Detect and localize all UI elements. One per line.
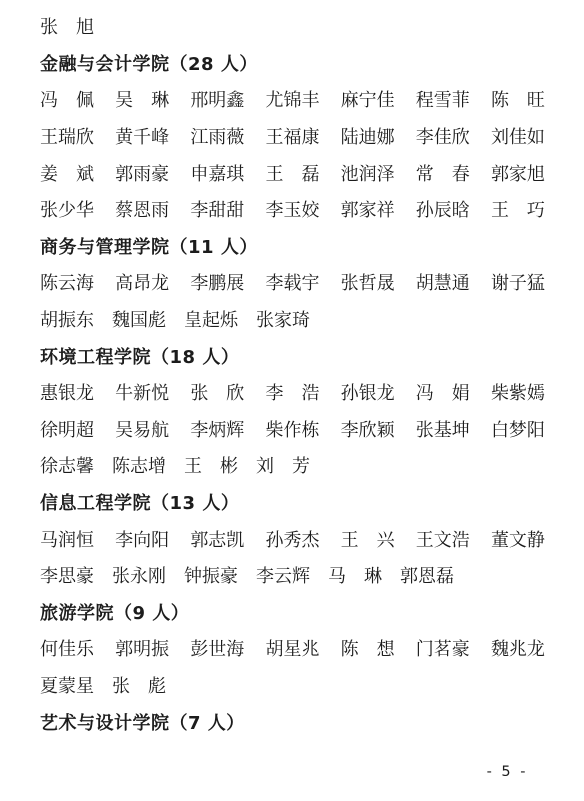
person-name: 张少华 <box>40 202 94 220</box>
person-name: 王 磊 <box>265 166 319 184</box>
person-name: 马 琳 <box>328 568 382 586</box>
name-row: 陈云海高昂龙李鹏展李载宇张哲晟胡慧通谢子猛 <box>40 266 545 303</box>
person-name: 李 浩 <box>265 385 319 403</box>
section-heading: 信息工程学院（13 人） <box>40 486 545 523</box>
person-name: 程雪菲 <box>416 92 470 110</box>
person-name: 陆迪娜 <box>341 129 395 147</box>
person-name: 李思豪 <box>40 568 94 586</box>
person-name: 王福康 <box>265 129 319 147</box>
person-name: 李甜甜 <box>190 202 244 220</box>
person-name: 李欣颖 <box>341 422 395 440</box>
person-name: 郭家祥 <box>341 202 395 220</box>
person-name: 姜 斌 <box>40 166 94 184</box>
document-content: 张 旭 金融与会计学院（28 人）冯 佩吴 琳邢明鑫尤锦丰麻宁佳程雪菲陈 旺王瑞… <box>40 10 545 742</box>
person-name: 郭雨豪 <box>115 166 169 184</box>
name-row: 胡振东魏国彪皇起烁张家琦 <box>40 303 545 340</box>
person-name: 陈 想 <box>341 641 395 659</box>
person-name: 门茗豪 <box>416 641 470 659</box>
person-name: 魏国彪 <box>112 312 166 330</box>
name-row: 惠银龙牛新悦张 欣李 浩孙银龙冯 娟柴紫嫣 <box>40 376 545 413</box>
person-name: 何佳乐 <box>40 641 94 659</box>
page-number: - 5 - <box>487 764 528 780</box>
person-name: 李鹏展 <box>190 275 244 293</box>
person-name: 马润恒 <box>40 532 94 550</box>
person-name: 申嘉琪 <box>190 166 244 184</box>
person-name: 王 兴 <box>341 532 395 550</box>
person-name: 郭恩磊 <box>400 568 454 586</box>
person-name: 皇起烁 <box>184 312 238 330</box>
person-name: 李云辉 <box>256 568 310 586</box>
person-name: 胡星兆 <box>265 641 319 659</box>
name-row: 王瑞欣黄千峰江雨薇王福康陆迪娜李佳欣刘佳如 <box>40 120 545 157</box>
person-name: 柴紫嫣 <box>491 385 545 403</box>
name-row: 夏蒙星张 彪 <box>40 669 545 706</box>
person-name: 郭明振 <box>115 641 169 659</box>
section-heading: 金融与会计学院（28 人） <box>40 47 545 84</box>
person-name: 李载宇 <box>265 275 319 293</box>
person-name: 池润泽 <box>341 166 395 184</box>
sections-container: 金融与会计学院（28 人）冯 佩吴 琳邢明鑫尤锦丰麻宁佳程雪菲陈 旺王瑞欣黄千峰… <box>40 47 545 742</box>
person-name: 王 巧 <box>491 202 545 220</box>
person-name: 吴易航 <box>115 422 169 440</box>
name-row: 张少华蔡恩雨李甜甜李玉姣郭家祥孙辰晗王 巧 <box>40 193 545 230</box>
person-name: 张基坤 <box>416 422 470 440</box>
person-name: 蔡恩雨 <box>115 202 169 220</box>
name-row: 徐明超吴易航李炳辉柴作栋李欣颖张基坤白梦阳 <box>40 413 545 450</box>
person-name: 江雨薇 <box>190 129 244 147</box>
person-name: 牛新悦 <box>115 385 169 403</box>
person-name: 白梦阳 <box>491 422 545 440</box>
person-name: 夏蒙星 <box>40 678 94 696</box>
name-row: 徐志馨陈志增王 彬刘 芳 <box>40 449 545 486</box>
person-name: 常 春 <box>416 166 470 184</box>
person-name: 魏兆龙 <box>491 641 545 659</box>
continuation-name-row: 张 旭 <box>40 10 545 47</box>
name-row: 李思豪张永刚钟振豪李云辉马 琳郭恩磊 <box>40 559 545 596</box>
person-name: 王 彬 <box>184 458 238 476</box>
person-name: 钟振豪 <box>184 568 238 586</box>
person-name: 刘佳如 <box>491 129 545 147</box>
person-name: 张永刚 <box>112 568 166 586</box>
person-name: 麻宁佳 <box>341 92 395 110</box>
person-name: 陈 旺 <box>491 92 545 110</box>
person-name: 邢明鑫 <box>190 92 244 110</box>
person-name: 王文浩 <box>416 532 470 550</box>
section-heading: 商务与管理学院（11 人） <box>40 230 545 267</box>
name-row: 马润恒李向阳郭志凯孙秀杰王 兴王文浩董文静 <box>40 522 545 559</box>
person-name: 张 欣 <box>190 385 244 403</box>
person-name: 彭世海 <box>190 641 244 659</box>
person-name: 张家琦 <box>256 312 310 330</box>
document-page: 张 旭 金融与会计学院（28 人）冯 佩吴 琳邢明鑫尤锦丰麻宁佳程雪菲陈 旺王瑞… <box>0 0 584 801</box>
person-name: 吴 琳 <box>115 92 169 110</box>
person-name: 徐志馨 <box>40 458 94 476</box>
person-name: 陈云海 <box>40 275 94 293</box>
person-name: 李佳欣 <box>416 129 470 147</box>
person-name: 张哲晟 <box>341 275 395 293</box>
person-name: 冯 佩 <box>40 92 94 110</box>
person-name: 董文静 <box>491 532 545 550</box>
section-heading: 旅游学院（9 人） <box>40 596 545 633</box>
name-row: 何佳乐郭明振彭世海胡星兆陈 想门茗豪魏兆龙 <box>40 632 545 669</box>
person-name: 陈志增 <box>112 458 166 476</box>
person-name: 王瑞欣 <box>40 129 94 147</box>
person-name: 谢子猛 <box>491 275 545 293</box>
person-name: 孙秀杰 <box>265 532 319 550</box>
person-name: 徐明超 <box>40 422 94 440</box>
person-name: 惠银龙 <box>40 385 94 403</box>
person-name: 刘 芳 <box>256 458 310 476</box>
person-name: 郭家旭 <box>491 166 545 184</box>
person-name: 胡振东 <box>40 312 94 330</box>
section-heading: 环境工程学院（18 人） <box>40 339 545 376</box>
person-name: 胡慧通 <box>416 275 470 293</box>
person-name: 张 彪 <box>112 678 166 696</box>
person-name: 高昂龙 <box>115 275 169 293</box>
person-name: 尤锦丰 <box>265 92 319 110</box>
person-name: 李向阳 <box>115 532 169 550</box>
name-row: 冯 佩吴 琳邢明鑫尤锦丰麻宁佳程雪菲陈 旺 <box>40 83 545 120</box>
person-name: 张 旭 <box>40 19 94 37</box>
person-name: 李炳辉 <box>190 422 244 440</box>
person-name: 黄千峰 <box>115 129 169 147</box>
section-heading: 艺术与设计学院（7 人） <box>40 705 545 742</box>
person-name: 孙银龙 <box>341 385 395 403</box>
person-name: 李玉姣 <box>265 202 319 220</box>
name-row: 姜 斌郭雨豪申嘉琪王 磊池润泽常 春郭家旭 <box>40 156 545 193</box>
person-name: 郭志凯 <box>190 532 244 550</box>
person-name: 冯 娟 <box>416 385 470 403</box>
person-name: 孙辰晗 <box>416 202 470 220</box>
person-name: 柴作栋 <box>265 422 319 440</box>
